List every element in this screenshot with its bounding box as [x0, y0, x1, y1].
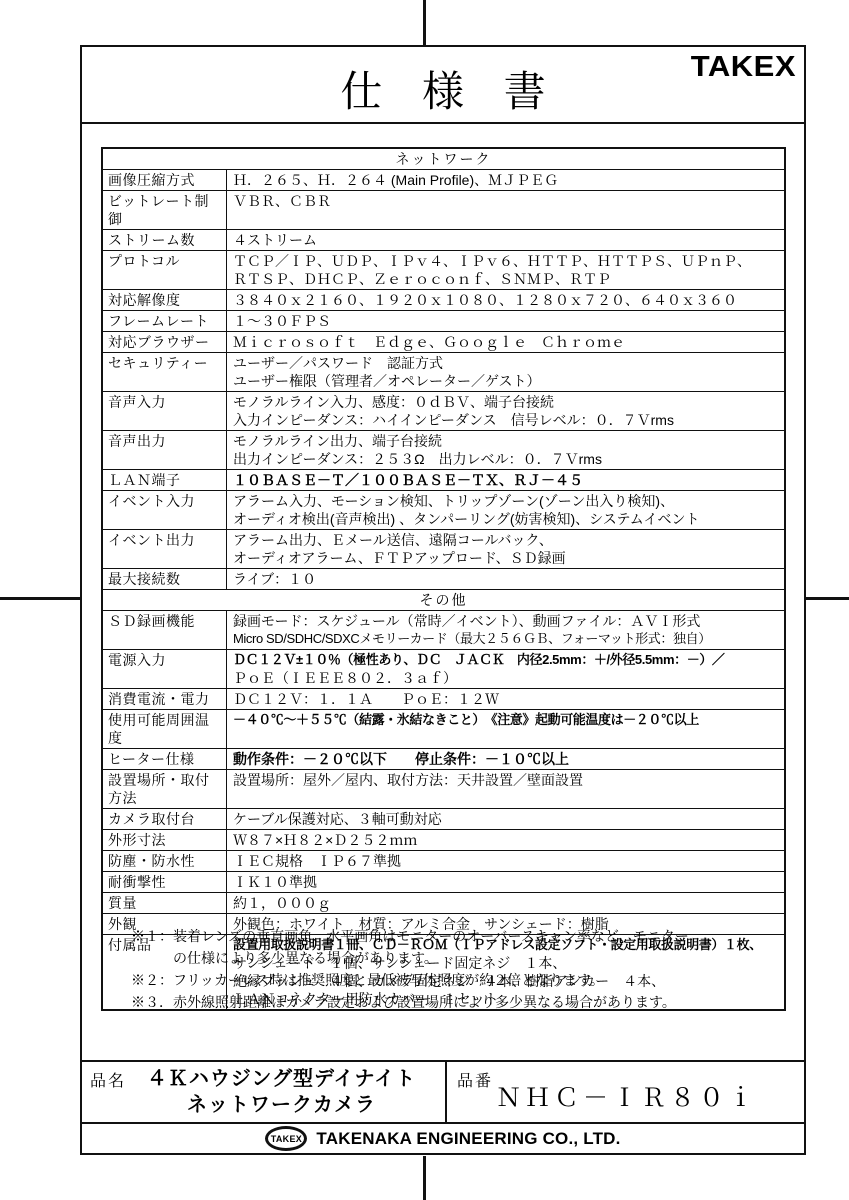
table-row: 最大接続数ライブ：１０ [103, 568, 784, 589]
table-row: ストリーム数４ストリーム [103, 229, 784, 250]
spec-label: ＬＡＮ端子 [103, 470, 227, 490]
spec-value-line: アラーム入力、モーション検知、トリップゾーン(ゾーン出入り検知)、 [233, 492, 778, 510]
spec-value: ユーザー／パスワード 認証方式ユーザー権限（管理者／オペレーター／ゲスト） [227, 353, 784, 391]
table-row: 外形寸法Ｗ８７×Ｈ８２×Ｄ２５２ｍｍ [103, 829, 784, 850]
spec-value: ＶＢＲ、ＣＢＲ [227, 191, 784, 229]
spec-value-line: アラーム出力、Ｅメール送信、遠隔コールバック、 [233, 531, 778, 549]
spec-label: 質量 [103, 893, 227, 913]
spec-value: １０ＢＡＳＥ－Ｔ／１００ＢＡＳＥ－ＴＸ、ＲＪ－４５ [227, 470, 784, 490]
spec-value: 設置場所：屋外／屋内、取付方法：天井設置／壁面設置 [227, 770, 784, 808]
table-row: 対応解像度３８４０ｘ２１６０、１９２０ｘ１０８０、１２８０ｘ７２０、６４０ｘ３６… [103, 289, 784, 310]
spec-value-line: 設置場所：屋外／屋内、取付方法：天井設置／壁面設置 [233, 771, 778, 789]
table-row: ビットレート制御ＶＢＲ、ＣＢＲ [103, 190, 784, 229]
spec-label: イベント入力 [103, 491, 227, 529]
spec-value: －４０℃～＋５５℃（結露・氷結なきこと） 《注意》起動可能温度は－２０℃以上 [227, 710, 784, 748]
spec-table: ネットワーク画像圧縮方式Ｈ．２６５、Ｈ．２６４ (Main Profile)、Ｍ… [101, 147, 786, 1011]
spec-value-line: ＤＣ１２Ｖ±１０％（極性あり、ＤＣ ＪＡＣＫ 内径2.5mm：＋/外径5.5mm… [233, 651, 778, 669]
table-row: 設置場所・取付方法設置場所：屋外／屋内、取付方法：天井設置／壁面設置 [103, 769, 784, 808]
spec-value: ＤＣ１２Ｖ±１０％（極性あり、ＤＣ ＪＡＣＫ 内径2.5mm：＋/外径5.5mm… [227, 650, 784, 688]
spec-value: モノラルライン入力、感度：０ｄＢＶ、端子台接続入力インピーダンス：ハイインピーダ… [227, 392, 784, 430]
spec-label: 防塵・防水性 [103, 851, 227, 871]
table-row: ＳＤ録画機能録画モード：スケジュール（常時／イベント）、動画ファイル：ＡＶＩ形式… [103, 610, 784, 649]
table-row: 電源入力ＤＣ１２Ｖ±１０％（極性あり、ＤＣ ＪＡＣＫ 内径2.5mm：＋/外径5… [103, 649, 784, 688]
spec-label: 使用可能周囲温度 [103, 710, 227, 748]
section-header: ネットワーク [103, 149, 784, 169]
table-row: 画像圧縮方式Ｈ．２６５、Ｈ．２６４ (Main Profile)、ＭＪＰＥＧ [103, 169, 784, 190]
table-row: フレームレート１～３０ＦＰＳ [103, 310, 784, 331]
spec-value-line: １０ＢＡＳＥ－Ｔ／１００ＢＡＳＥ－ＴＸ、ＲＪ－４５ [233, 471, 778, 489]
product-number-cell: 品番 ＮＨＣ－ＩＲ８０ｉ [447, 1062, 806, 1122]
spec-value: ３８４０ｘ２１６０、１９２０ｘ１０８０、１２８０ｘ７２０、６４０ｘ３６０ [227, 290, 784, 310]
spec-value: ＴＣＰ／ＩＰ、ＵＤＰ、ＩＰｖ４、ＩＰｖ６、ＨＴＴＰ、ＨＴＴＰＳ、ＵＰｎＰ、ＲＴＳ… [227, 251, 784, 289]
spec-label: 音声入力 [103, 392, 227, 430]
spec-value-line: ＰｏＥ（ＩＥＥＥ８０２．３ａｆ） [233, 669, 778, 687]
spec-label: イベント出力 [103, 530, 227, 568]
spec-label: 画像圧縮方式 [103, 170, 227, 190]
spec-value: 動作条件：－２０℃以下 停止条件：－１０℃以上 [227, 749, 784, 769]
notes: ※１：装着レンズの垂直画角、水平画角はモニターのオーバースキャン率など、モニター… [131, 925, 771, 1013]
footer-band: TAKEX TAKENAKA ENGINEERING CO., LTD. [80, 1122, 806, 1153]
spec-value-line: オーディオ検出(音声検出) 、タンパーリング(妨害検知)、システムイベント [233, 510, 778, 528]
table-row: カメラ取付台ケーブル保護対応、３軸可動対応 [103, 808, 784, 829]
spec-value-line: ＤＣ１２Ｖ：１．１Ａ ＰｏＥ：１２Ｗ [233, 690, 778, 708]
table-row: 使用可能周囲温度－４０℃～＋５５℃（結露・氷結なきこと） 《注意》起動可能温度は… [103, 709, 784, 748]
spec-value-line: １～３０ＦＰＳ [233, 312, 778, 330]
spec-sheet-page: 仕 様 書 TAKEX ネットワーク画像圧縮方式Ｈ．２６５、Ｈ．２６４ (Mai… [0, 0, 849, 1200]
spec-value-line: 約１，０００ｇ [233, 894, 778, 912]
spec-label: 最大接続数 [103, 569, 227, 589]
spec-value: アラーム入力、モーション検知、トリップゾーン(ゾーン出入り検知)、オーディオ検出… [227, 491, 784, 529]
spec-label: ストリーム数 [103, 230, 227, 250]
table-row: イベント入力アラーム入力、モーション検知、トリップゾーン(ゾーン出入り検知)、オ… [103, 490, 784, 529]
spec-value: Ｈ．２６５、Ｈ．２６４ (Main Profile)、ＭＪＰＥＧ [227, 170, 784, 190]
spec-value: Ｗ８７×Ｈ８２×Ｄ２５２ｍｍ [227, 830, 784, 850]
table-row: セキュリティーユーザー／パスワード 認証方式ユーザー権限（管理者／オペレーター／… [103, 352, 784, 391]
spec-value-line: 動作条件：－２０℃以下 停止条件：－１０℃以上 [233, 750, 778, 768]
spec-value-line: ＲＴＳＰ、ＤＨＣＰ、Ｚｅｒｏｃｏｎｆ、ＳＮＭＰ、ＲＴＰ [233, 270, 778, 288]
crop-mark-left [0, 597, 80, 600]
spec-value: ケーブル保護対応、３軸可動対応 [227, 809, 784, 829]
product-name: ４Ｋハウジング型デイナイト ネットワークカメラ [126, 1066, 445, 1120]
spec-value: アラーム出力、Ｅメール送信、遠隔コールバック、オーディオアラーム、ＦＴＰアップロ… [227, 530, 784, 568]
spec-value-line: ケーブル保護対応、３軸可動対応 [233, 810, 778, 828]
crop-mark-bottom [423, 1156, 426, 1200]
spec-value-line: Ｗ８７×Ｈ８２×Ｄ２５２ｍｍ [233, 831, 778, 849]
spec-value: ＤＣ１２Ｖ：１．１Ａ ＰｏＥ：１２Ｗ [227, 689, 784, 709]
spec-value-line: ３８４０ｘ２１６０、１９２０ｘ１０８０、１２８０ｘ７２０、６４０ｘ３６０ [233, 291, 778, 309]
spec-label: ビットレート制御 [103, 191, 227, 229]
product-number: ＮＨＣ－ＩＲ８０ｉ [447, 1078, 806, 1114]
spec-label: 電源入力 [103, 650, 227, 688]
spec-label: 消費電流・電力 [103, 689, 227, 709]
product-name-cell: 品名 ４Ｋハウジング型デイナイト ネットワークカメラ [80, 1062, 447, 1122]
spec-value: ライブ：１０ [227, 569, 784, 589]
spec-label: 設置場所・取付方法 [103, 770, 227, 808]
spec-label: 対応解像度 [103, 290, 227, 310]
spec-value-line: モノラルライン入力、感度：０ｄＢＶ、端子台接続 [233, 393, 778, 411]
spec-value: モノラルライン出力、端子台接続出力インピーダンス：２５３Ω 出力レベル：０．７Ｖ… [227, 431, 784, 469]
spec-value-line: 録画モード：スケジュール（常時／イベント）、動画ファイル：ＡＶＩ形式 [233, 612, 778, 630]
product-name-line1: ４Ｋハウジング型デイナイト [126, 1066, 437, 1092]
spec-value-line: Ｈ．２６５、Ｈ．２６４ (Main Profile)、ＭＪＰＥＧ [233, 171, 778, 189]
table-row: イベント出力アラーム出力、Ｅメール送信、遠隔コールバック、オーディオアラーム、Ｆ… [103, 529, 784, 568]
product-name-line2: ネットワークカメラ [126, 1092, 437, 1118]
spec-value-line: 出力インピーダンス：２５３Ω 出力レベル：０．７Ｖrms [233, 450, 778, 468]
table-row: 音声入力モノラルライン入力、感度：０ｄＢＶ、端子台接続入力インピーダンス：ハイイ… [103, 391, 784, 430]
company-name: TAKENAKA ENGINEERING CO., LTD. [316, 1129, 620, 1149]
spec-value-line: ユーザー権限（管理者／オペレーター／ゲスト） [233, 372, 778, 390]
spec-value-line: 入力インピーダンス：ハイインピーダンス 信号レベル：０．７Ｖrms [233, 411, 778, 429]
spec-value: ＩＫ１０準拠 [227, 872, 784, 892]
spec-label: プロトコル [103, 251, 227, 289]
crop-mark-right [806, 597, 849, 600]
note-line: ※３．赤外線照射距離はカメラ設定および設置場所により多少異なる場合があります。 [131, 991, 771, 1013]
spec-label: フレームレート [103, 311, 227, 331]
table-row: プロトコルＴＣＰ／ＩＰ、ＵＤＰ、ＩＰｖ４、ＩＰｖ６、ＨＴＴＰ、ＨＴＴＰＳ、ＵＰｎ… [103, 250, 784, 289]
table-row: 耐衝撃性ＩＫ１０準拠 [103, 871, 784, 892]
title-band: 仕 様 書 TAKEX [80, 45, 806, 124]
table-row: 防塵・防水性ＩＥＣ規格 ＩＰ６７準拠 [103, 850, 784, 871]
table-row: ＬＡＮ端子１０ＢＡＳＥ－Ｔ／１００ＢＡＳＥ－ＴＸ、ＲＪ－４５ [103, 469, 784, 490]
takex-circle-logo: TAKEX [265, 1126, 307, 1151]
table-row: 消費電流・電力ＤＣ１２Ｖ：１．１Ａ ＰｏＥ：１２Ｗ [103, 688, 784, 709]
spec-value: 約１，０００ｇ [227, 893, 784, 913]
spec-label: セキュリティー [103, 353, 227, 391]
spec-value-line: Ｍｉｃｒｏｓｏｆｔ Ｅｄｇｅ、Ｇｏｏｇｌｅ Ｃｈｒｏｍｅ [233, 333, 778, 351]
spec-value-line: ４ストリーム [233, 231, 778, 249]
spec-label: 耐衝撃性 [103, 872, 227, 892]
spec-value: 録画モード：スケジュール（常時／イベント）、動画ファイル：ＡＶＩ形式Micro … [227, 611, 784, 649]
product-name-label: 品名 [90, 1066, 126, 1120]
table-row: ヒーター仕様動作条件：－２０℃以下 停止条件：－１０℃以上 [103, 748, 784, 769]
spec-value-line: Micro SD/SDHC/SDXCメモリーカード（最大２５６ＧＢ、フォーマット… [233, 630, 778, 648]
spec-value: ４ストリーム [227, 230, 784, 250]
spec-label: ＳＤ録画機能 [103, 611, 227, 649]
spec-label: ヒーター仕様 [103, 749, 227, 769]
spec-value: １～３０ＦＰＳ [227, 311, 784, 331]
spec-value-line: ＩＥＣ規格 ＩＰ６７準拠 [233, 852, 778, 870]
table-row: 質量約１，０００ｇ [103, 892, 784, 913]
spec-label: 音声出力 [103, 431, 227, 469]
section-header: その他 [103, 589, 784, 610]
note-line: ※１：装着レンズの垂直画角、水平画角はモニターのオーバースキャン率など、モニター [131, 925, 771, 947]
spec-value-line: ライブ：１０ [233, 570, 778, 588]
spec-value: Ｍｉｃｒｏｓｏｆｔ Ｅｄｇｅ、Ｇｏｏｇｌｅ Ｃｈｒｏｍｅ [227, 332, 784, 352]
crop-mark-top [423, 0, 426, 45]
spec-value-line: オーディオアラーム、ＦＴＰアップロード、ＳＤ録画 [233, 549, 778, 567]
product-row: 品名 ４Ｋハウジング型デイナイト ネットワークカメラ 品番 ＮＨＣ－ＩＲ８０ｉ [80, 1060, 806, 1122]
note-line: ※２：フリッカーレス時は推奨照度と最低被写体照度が約２倍となります。 [131, 969, 771, 991]
takex-logo: TAKEX [691, 50, 796, 83]
spec-label: 外形寸法 [103, 830, 227, 850]
spec-value: ＩＥＣ規格 ＩＰ６７準拠 [227, 851, 784, 871]
spec-value-line: モノラルライン出力、端子台接続 [233, 432, 778, 450]
table-row: 対応ブラウザーＭｉｃｒｏｓｏｆｔ Ｅｄｇｅ、Ｇｏｏｇｌｅ Ｃｈｒｏｍｅ [103, 331, 784, 352]
table-row: 音声出力モノラルライン出力、端子台接続出力インピーダンス：２５３Ω 出力レベル：… [103, 430, 784, 469]
spec-label: カメラ取付台 [103, 809, 227, 829]
spec-value-line: ＶＢＲ、ＣＢＲ [233, 192, 778, 210]
spec-label: 対応ブラウザー [103, 332, 227, 352]
note-line: の仕様により多少異なる場合があります。 [131, 947, 771, 969]
spec-value-line: －４０℃～＋５５℃（結露・氷結なきこと） 《注意》起動可能温度は－２０℃以上 [233, 711, 778, 729]
spec-value-line: ＴＣＰ／ＩＰ、ＵＤＰ、ＩＰｖ４、ＩＰｖ６、ＨＴＴＰ、ＨＴＴＰＳ、ＵＰｎＰ、 [233, 252, 778, 270]
spec-value-line: ユーザー／パスワード 認証方式 [233, 354, 778, 372]
spec-value-line: ＩＫ１０準拠 [233, 873, 778, 891]
